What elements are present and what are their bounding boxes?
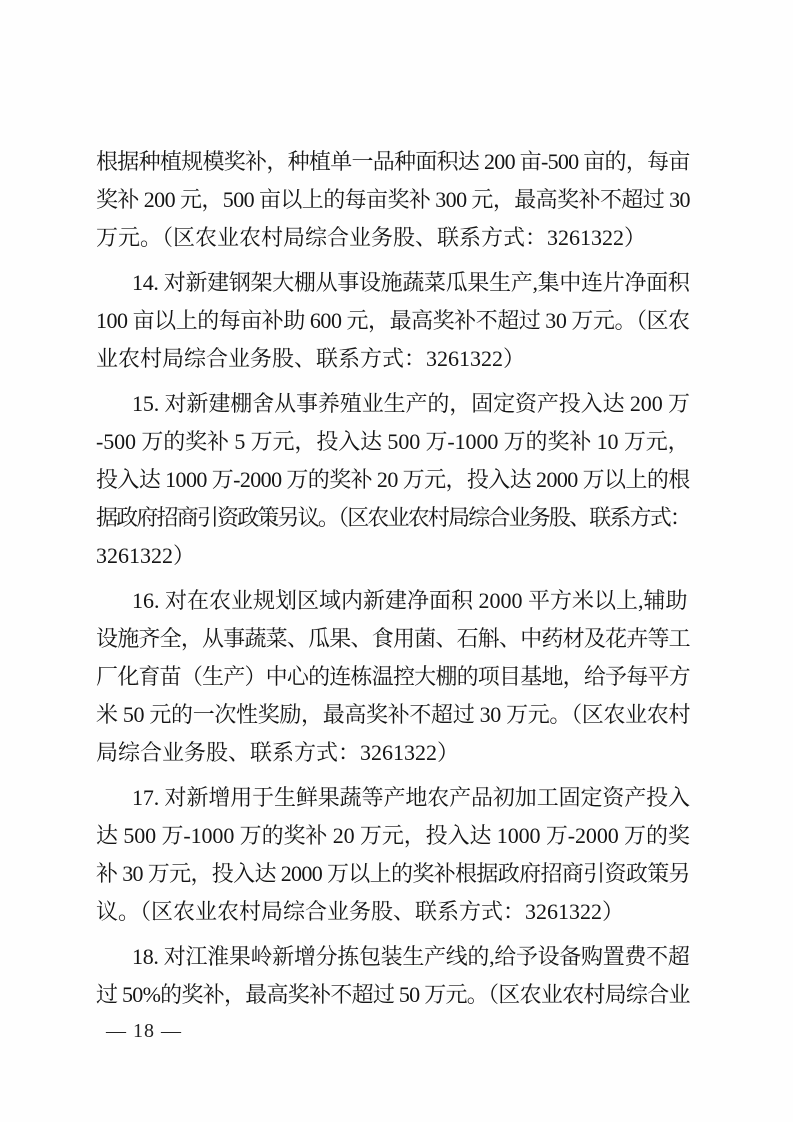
text-line: 据政府招商引资政策另议。（区农业农村局综合业务股、联系方式： xyxy=(96,499,690,537)
text-line: 投入达 1000 万-2000 万的奖补 20 万元，投入达 2000 万以上的… xyxy=(96,461,690,499)
text-line: 18. 对江淮果岭新增分拣包装生产线的,给予设备购置费不超 xyxy=(96,938,690,976)
text-line: 过 50%的奖补，最高奖补不超过 50 万元。（区农业农村局综合业 xyxy=(96,976,690,1014)
text-line: 16. 对在农业规划区域内新建净面积 2000 平方米以上,辅助 xyxy=(96,582,690,620)
text-line: 业农村局综合业务股、联系方式：3261322） xyxy=(96,340,690,378)
text-line: 奖补 200 元，500 亩以上的每亩奖补 300 元，最高奖补不超过 30 xyxy=(96,181,690,219)
text-line: -500 万的奖补 5 万元，投入达 500 万-1000 万的奖补 10 万元… xyxy=(96,423,690,461)
para-13-continued: 根据种植规模奖补，种植单一品种面积达 200 亩-500 亩的，每亩奖补 200… xyxy=(96,143,690,257)
text-line: 米 50 元的一次性奖励，最高奖补不超过 30 万元。（区农业农村 xyxy=(96,696,690,734)
text-line: 15. 对新建棚舍从事养殖业生产的，固定资产投入达 200 万 xyxy=(96,385,690,423)
text-line: 根据种植规模奖补，种植单一品种面积达 200 亩-500 亩的，每亩 xyxy=(96,143,690,181)
text-line: 厂化育苗（生产）中心的连栋温控大棚的项目基地，给予每平方 xyxy=(96,658,690,696)
text-line: 14. 对新建钢架大棚从事设施蔬菜瓜果生产,集中连片净面积 xyxy=(96,264,690,302)
text-line: 设施齐全，从事蔬菜、瓜果、食用菌、石斛、中药材及花卉等工 xyxy=(96,620,690,658)
text-line: 补 30 万元，投入达 2000 万以上的奖补根据政府招商引资政策另 xyxy=(96,855,690,893)
text-line: 局综合业务股、联系方式：3261322） xyxy=(96,734,690,772)
para-17: 17. 对新增用于生鲜果蔬等产地农产品初加工固定资产投入达 500 万-1000… xyxy=(96,779,690,931)
para-14: 14. 对新建钢架大棚从事设施蔬菜瓜果生产,集中连片净面积100 亩以上的每亩补… xyxy=(96,264,690,378)
text-line: 17. 对新增用于生鲜果蔬等产地农产品初加工固定资产投入 xyxy=(96,779,690,817)
text-line: 议。（区农业农村局综合业务股、联系方式：3261322） xyxy=(96,893,690,931)
text-line: 达 500 万-1000 万的奖补 20 万元，投入达 1000 万-2000 … xyxy=(96,817,690,855)
document-page: 根据种植规模奖补，种植单一品种面积达 200 亩-500 亩的，每亩奖补 200… xyxy=(0,0,793,1122)
para-18: 18. 对江淮果岭新增分拣包装生产线的,给予设备购置费不超过 50%的奖补，最高… xyxy=(96,938,690,1014)
text-line: 3261322） xyxy=(96,537,690,575)
text-line: 100 亩以上的每亩补助 600 元，最高奖补不超过 30 万元。（区农 xyxy=(96,302,690,340)
para-16: 16. 对在农业规划区域内新建净面积 2000 平方米以上,辅助设施齐全，从事蔬… xyxy=(96,582,690,772)
para-15: 15. 对新建棚舍从事养殖业生产的，固定资产投入达 200 万-500 万的奖补… xyxy=(96,385,690,575)
text-line: 万元。（区农业农村局综合业务股、联系方式：3261322） xyxy=(96,219,690,257)
page-number: — 18 — xyxy=(106,1019,182,1043)
document-body: 根据种植规模奖补，种植单一品种面积达 200 亩-500 亩的，每亩奖补 200… xyxy=(96,143,690,1014)
